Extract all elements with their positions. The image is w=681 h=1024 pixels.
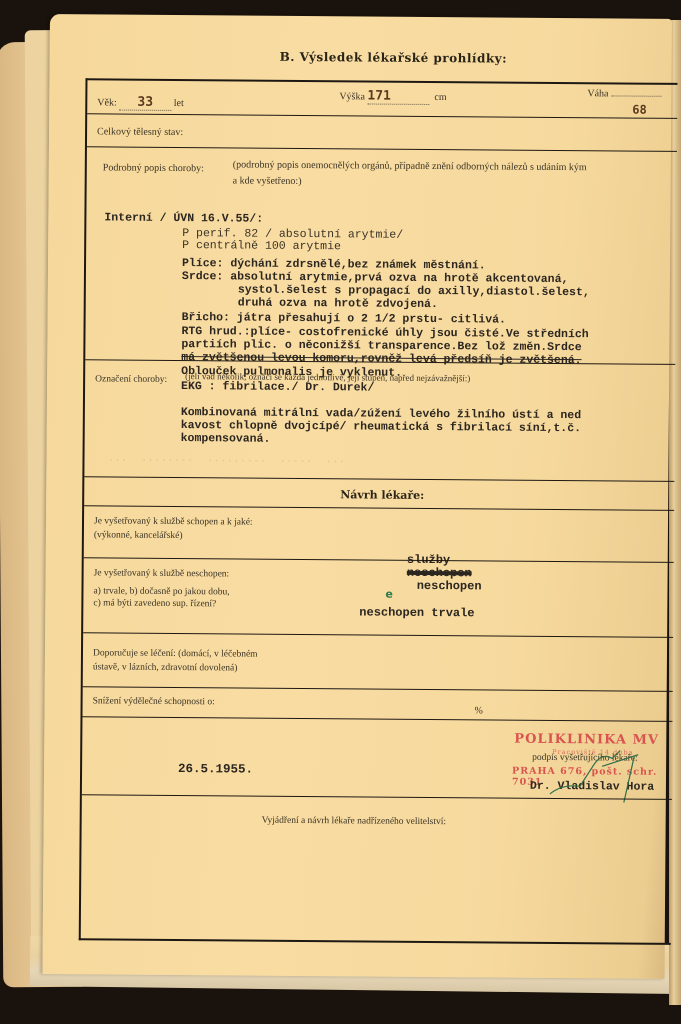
weight-label: Váha: [587, 88, 608, 99]
row-divider: [87, 113, 677, 119]
general-condition-label: Celkový tělesný stav:: [97, 126, 183, 138]
typed-line: Interní / ÚVN 16.V.55/:: [104, 211, 263, 225]
row-divider: [87, 146, 677, 152]
height-value: 171: [367, 88, 391, 103]
age-label: Věk:: [97, 97, 117, 108]
weight-field: Váha: [587, 88, 661, 100]
treatment-label-1: Doporučuje se léčení: (domácí, v léčebné…: [93, 648, 258, 659]
disease-description-label: Podrobný popis choroby:: [103, 162, 204, 174]
doctor-proposal-heading: Návrh lékaře:: [340, 488, 424, 502]
show-through-text: ... ........ ......... ..... ...: [94, 452, 345, 466]
treatment-label-2: ústavě, v lázních, zdravotní dovolená): [93, 662, 238, 673]
disease-designation-label: Označení choroby:: [95, 374, 167, 385]
typed-line: Břicho: játra přesahují o 2 1/2 prstu- c…: [182, 311, 506, 327]
height-label: Výška: [339, 91, 365, 102]
fit-for-service-label-1: Je vyšetřovaný k službě schopen a k jaké…: [94, 516, 253, 527]
signature-scribble-icon: [542, 744, 652, 805]
earning-reduction-label: Snížení výdělečné schopnosti o:: [93, 696, 215, 707]
disease-description-hint-2: a kde vyšetřeno:): [233, 175, 302, 187]
unfit-answer: neschopen trvale: [359, 606, 474, 620]
weight-value: 68: [632, 103, 647, 117]
typed-line: P centrálně 100 arytmie: [182, 239, 341, 253]
age-field: Věk: 33 let: [97, 94, 184, 111]
section-title: B. Výsledek lékařské prohlídky:: [280, 50, 508, 66]
unfit-for-service-label: Je vyšetřovaný k službě neschopen:: [94, 568, 230, 579]
medical-report-page: B. Výsledek lékařské prohlídky: Věk: 33 …: [42, 14, 672, 979]
typed-value: neschopen: [417, 579, 482, 594]
height-unit: cm: [434, 92, 446, 103]
row-divider: [82, 716, 672, 722]
typed-line: druhá ozva na hrotě zdvojená.: [238, 296, 438, 311]
unfit-option-2: c) má býti zavedeno sup. řízení?: [93, 598, 216, 609]
age-unit: let: [174, 98, 184, 109]
row-divider: [83, 632, 673, 638]
fit-for-service-answer: služby neschopen neschopen: [363, 540, 482, 606]
row-divider: [83, 686, 673, 692]
height-field: Výška 171 cm: [339, 88, 446, 105]
disease-description-hint-1: (podrobný popis onemocnělých orgánů, pří…: [233, 159, 587, 173]
superior-statement-label: Vyjádření a návrh lékaře nadřízeného vel…: [262, 816, 446, 827]
fit-for-service-label-2: (výkonné, kancelářské): [94, 530, 183, 541]
unfit-option-1: a) trvale, b) dočasně po jakou dobu,: [93, 586, 229, 597]
age-value: 33: [137, 95, 153, 110]
row-divider: [84, 476, 674, 482]
examination-form: Věk: 33 let Výška 171 cm Váha 68 Celkový…: [79, 78, 678, 945]
height-value-line: 171: [367, 88, 429, 104]
exam-date: 26.5.1955.: [178, 763, 253, 777]
age-value-line: 33: [119, 95, 171, 111]
typed-line: kompensovaná.: [181, 432, 271, 446]
row-divider: [84, 505, 674, 511]
handwritten-correction: e: [385, 588, 393, 601]
earning-reduction-unit: %: [474, 705, 482, 716]
weight-line: [611, 95, 661, 96]
